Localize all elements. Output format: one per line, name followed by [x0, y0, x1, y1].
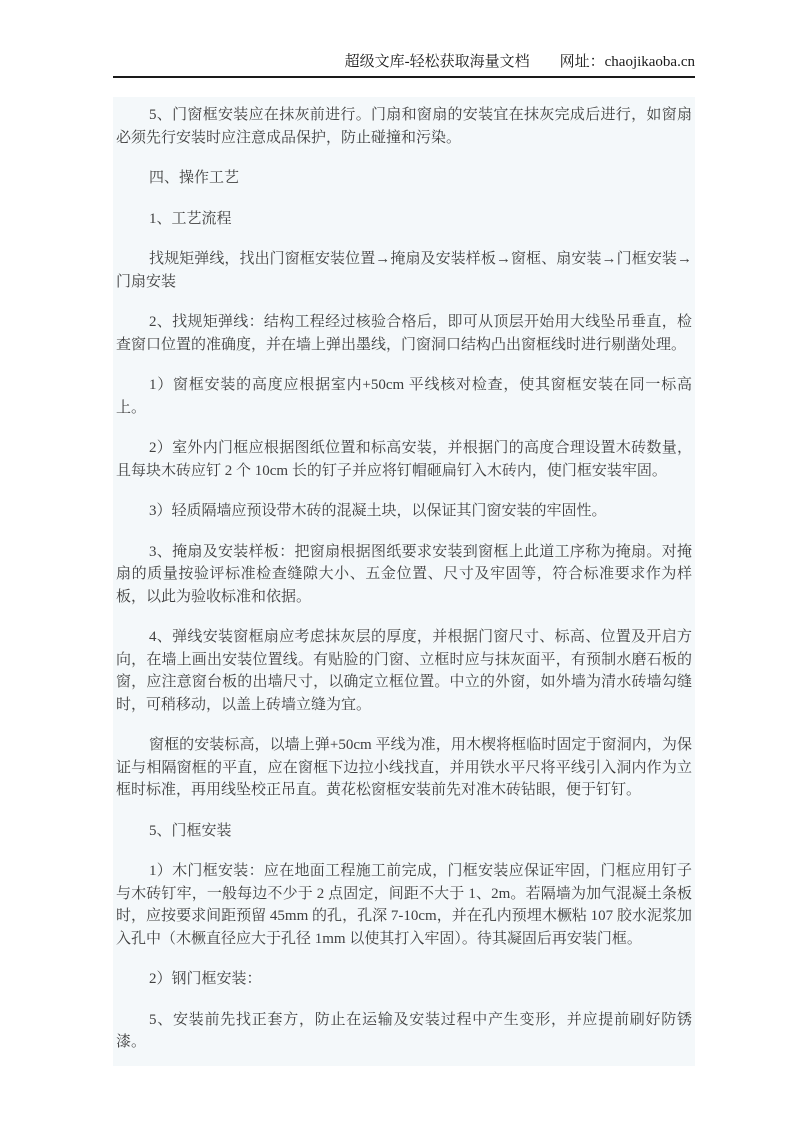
site-url-label: 网址： [560, 50, 605, 71]
document-page: 超级文库-轻松获取海量文档 网址： chaojikaoba.cn 5、门窗框安装… [0, 0, 793, 1122]
paragraph: 1）窗框安装的高度应根据室内+50cm 平线核对检查，使其窗框安装在同一标高上。 [116, 374, 692, 419]
paragraph: 4、弹线安装窗框扇应考虑抹灰层的厚度，并根据门窗尺寸、标高、位置及开启方向，在墙… [116, 626, 692, 716]
paragraph: 四、操作工艺 [116, 167, 692, 190]
page-header: 超级文库-轻松获取海量文档 网址： chaojikaoba.cn [113, 50, 695, 71]
site-url-group: 网址： chaojikaoba.cn [560, 50, 695, 71]
paragraph: 5、安装前先找正套方，防止在运输及安装过程中产生变形，并应提前刷好防锈漆。 [116, 1009, 692, 1054]
paragraph: 1）木门框安装：应在地面工程施工前完成，门框安装应保证牢固，门框应用钉子与木砖钉… [116, 860, 692, 950]
paragraph: 1、工艺流程 [116, 208, 692, 231]
document-body: 5、门窗框安装应在抹灰前进行。门扇和窗扇的安装宜在抹灰完成后进行，如窗扇必须先行… [113, 97, 695, 1066]
header-rule [113, 76, 695, 78]
paragraph: 5、门窗框安装应在抹灰前进行。门扇和窗扇的安装宜在抹灰完成后进行，如窗扇必须先行… [116, 104, 692, 149]
site-url: chaojikaoba.cn [605, 54, 695, 71]
paragraph: 窗框的安装标高，以墙上弹+50cm 平线为准，用木楔将框临时固定于窗洞内，为保证… [116, 734, 692, 802]
paragraph: 3）轻质隔墙应预设带木砖的混凝土块，以保证其门窗安装的牢固性。 [116, 500, 692, 523]
paragraph: 2）钢门框安装： [116, 968, 692, 991]
site-name: 超级文库-轻松获取海量文档 [345, 50, 530, 71]
paragraph: 2、找规矩弹线：结构工程经过核验合格后，即可从顶层开始用大线坠吊垂直，检查窗口位… [116, 311, 692, 356]
paragraph: 3、掩扇及安装样板：把窗扇根据图纸要求安装到窗框上此道工序称为掩扇。对掩扇的质量… [116, 541, 692, 609]
paragraph: 2）室外内门框应根据图纸位置和标高安装，并根据门的高度合理设置木砖数量，且每块木… [116, 437, 692, 482]
paragraph: 找规矩弹线，找出门窗框安装位置→掩扇及安装样板→窗框、扇安装→门框安装→门扇安装 [116, 248, 692, 293]
paragraph: 5、门框安装 [116, 820, 692, 843]
